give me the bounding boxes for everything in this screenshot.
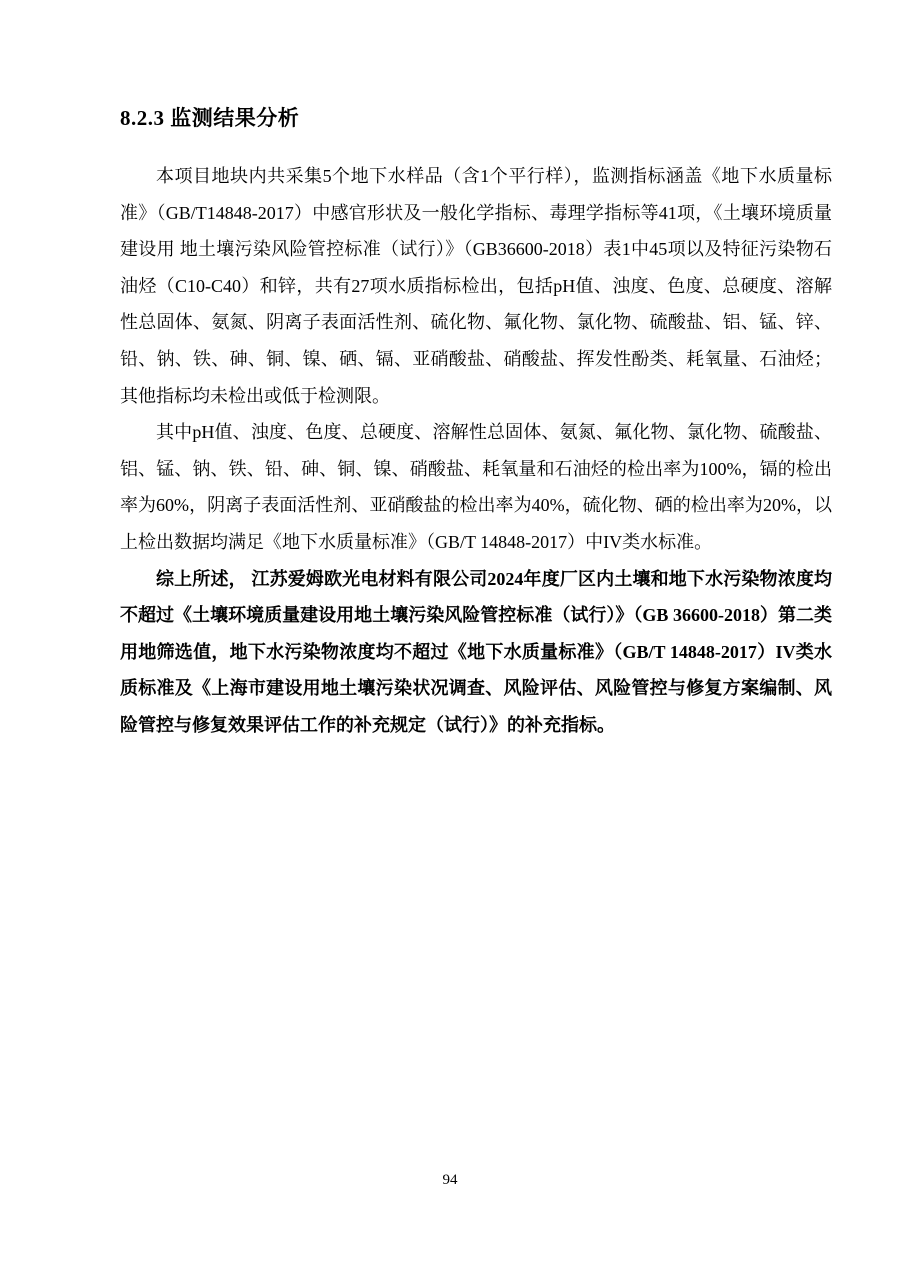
document-page: 8.2.3 监测结果分析 本项目地块内共采集5个地下水样品（含1个平行样），监测… xyxy=(0,0,900,1273)
page-number: 94 xyxy=(0,1172,900,1189)
paragraph-detection-rates: 其中pH值、浊度、色度、总硬度、溶解性总固体、氨氮、氟化物、氯化物、硫酸盐、铝、… xyxy=(120,414,832,560)
page-content: 8.2.3 监测结果分析 本项目地块内共采集5个地下水样品（含1个平行样），监测… xyxy=(120,103,832,744)
paragraph-groundwater-sampling: 本项目地块内共采集5个地下水样品（含1个平行样），监测指标涵盖《地下水质量标准》… xyxy=(120,158,832,414)
paragraph-conclusion: 综上所述， 江苏爱姆欧光电材料有限公司2024年度厂区内土壤和地下水污染物浓度均… xyxy=(120,561,832,744)
section-heading: 8.2.3 监测结果分析 xyxy=(120,103,832,133)
